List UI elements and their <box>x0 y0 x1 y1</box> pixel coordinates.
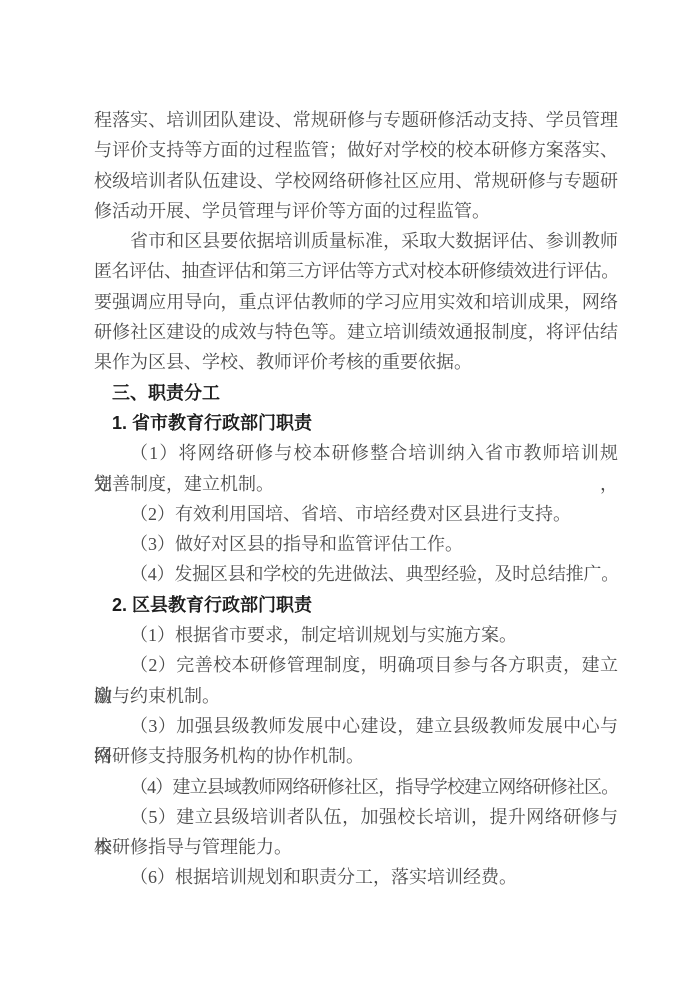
text-line: 要强调应用导向，重点评估教师的学习应用实效和培训成果，网络 <box>94 287 618 317</box>
text-line: 校级培训者队伍建设、学校网络研修社区应用、常规研修与专题研 <box>94 166 618 196</box>
text-line: （6）根据培训规划和职责分工，落实培训经费。 <box>94 862 618 892</box>
text-line: 与评价支持等方面的过程监管；做好对学校的校本研修方案落实、 <box>94 135 618 165</box>
text-line: （3）加强县级教师发展中心建设，建立县级教师发展中心与网 <box>94 711 618 741</box>
text-line: （4）建立县域教师网络研修社区，指导学校建立网络研修社区。 <box>94 772 618 802</box>
text-line: 匿名评估、抽查评估和第三方评估等方式对校本研修绩效进行评估。 <box>94 256 618 286</box>
text-line: 修活动开展、学员管理与评价等方面的过程监管。 <box>94 196 618 226</box>
text-line: （3）做好对区县的指导和监管评估工作。 <box>94 529 618 559</box>
text-line: 程落实、培训团队建设、常规研修与专题研修活动支持、学员管理 <box>94 105 618 135</box>
document-page: 程落实、培训团队建设、常规研修与专题研修活动支持、学员管理与评价支持等方面的过程… <box>0 0 700 993</box>
document-text-block: 程落实、培训团队建设、常规研修与专题研修活动支持、学员管理与评价支持等方面的过程… <box>94 105 618 893</box>
text-line: 络研修支持服务机构的协作机制。 <box>94 741 618 771</box>
text-line: 励与约束机制。 <box>94 681 618 711</box>
text-line: （1）根据省市要求，制定培训规划与实施方案。 <box>94 620 618 650</box>
text-line: 本研修指导与管理能力。 <box>94 832 618 862</box>
heading-line: 1. 省市教育行政部门职责 <box>94 408 618 438</box>
text-line: （2）有效利用国培、省培、市培经费对区县进行支持。 <box>94 499 618 529</box>
text-line: （2）完善校本研修管理制度，明确项目参与各方职责，建立激 <box>94 650 618 680</box>
text-line: 研修社区建设的成效与特色等。建立培训绩效通报制度，将评估结 <box>94 317 618 347</box>
text-line: （1）将网络研修与校本研修整合培训纳入省市教师培训规划， <box>94 438 618 468</box>
text-line: （4）发掘区县和学校的先进做法、典型经验，及时总结推广。 <box>94 559 618 589</box>
text-line: 省市和区县要依据培训质量标准，采取大数据评估、参训教师 <box>94 226 618 256</box>
heading-line: 三、职责分工 <box>94 378 618 408</box>
heading-line: 2. 区县教育行政部门职责 <box>94 590 618 620</box>
text-line: （5）建立县级培训者队伍，加强校长培训，提升网络研修与校 <box>94 802 618 832</box>
text-line: 果作为区县、学校、教师评价考核的重要依据。 <box>94 347 618 377</box>
